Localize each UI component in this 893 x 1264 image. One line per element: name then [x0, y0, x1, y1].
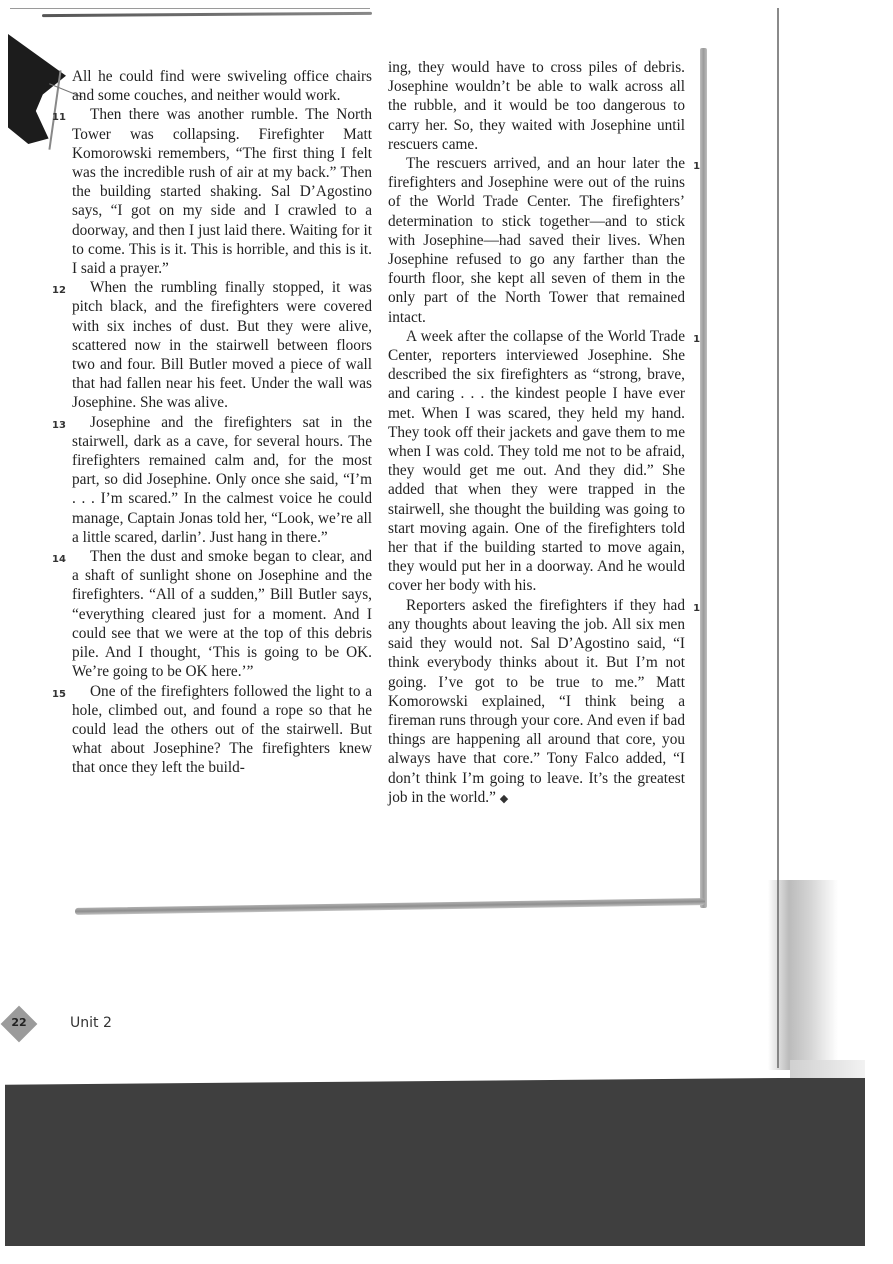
- page-number: 22: [8, 1016, 30, 1029]
- paragraph: 11Then there was another rumble. The Nor…: [72, 105, 372, 278]
- paragraph: 12When the rumbling finally stopped, it …: [72, 278, 372, 412]
- right-column: ing, they would have to cross piles of d…: [388, 58, 685, 809]
- paragraph-text: Then the dust and smoke began to clear, …: [72, 548, 372, 680]
- end-of-story-diamond-icon: ◆: [500, 793, 508, 805]
- paragraph: 13Josephine and the firefighters sat in …: [72, 413, 372, 547]
- paragraph: 15One of the firefighters followed the l…: [72, 682, 372, 778]
- paragraph: 16The rescuers arrived, and an hour late…: [388, 154, 685, 327]
- book-spine-shadow: [768, 880, 838, 1070]
- top-rule-thin: [10, 8, 370, 9]
- paragraph-number: 11: [52, 108, 66, 127]
- top-rule: [42, 12, 372, 17]
- paragraph-text: Josephine and the firefighters sat in th…: [72, 414, 372, 546]
- left-column: All he could find were swiveling office …: [72, 67, 372, 778]
- paragraph-text: A week after the collapse of the World T…: [388, 328, 685, 595]
- paragraph-number: 14: [52, 550, 66, 569]
- paragraph-text: Then there was another rumble. The North…: [72, 106, 372, 277]
- paragraph-text: Reporters asked the firefighters if they…: [388, 597, 685, 806]
- paragraph: All he could find were swiveling office …: [72, 67, 372, 105]
- paragraph-text: ing, they would have to cross piles of d…: [388, 59, 685, 153]
- paragraph: ing, they would have to cross piles of d…: [388, 58, 685, 154]
- paragraph-number: 13: [52, 416, 66, 435]
- paragraph-text: When the rumbling finally stopped, it wa…: [72, 279, 372, 411]
- paragraph: 14Then the dust and smoke began to clear…: [72, 547, 372, 681]
- paragraph-text: The rescuers arrived, and an hour later …: [388, 155, 685, 326]
- paragraph-text: All he could find were swiveling office …: [72, 68, 372, 104]
- paragraph-number: 12: [52, 281, 66, 300]
- text-box-shadow-bottom: [75, 898, 705, 915]
- text-box-shadow-right: [700, 48, 707, 908]
- paragraph-number: 15: [52, 685, 66, 704]
- paragraph: 17A week after the collapse of the World…: [388, 327, 685, 596]
- paragraph: 18Reporters asked the firefighters if th…: [388, 596, 685, 809]
- scanner-background: [5, 1078, 865, 1246]
- paragraph-text: One of the firefighters followed the lig…: [72, 683, 372, 777]
- unit-label: Unit 2: [70, 1015, 112, 1031]
